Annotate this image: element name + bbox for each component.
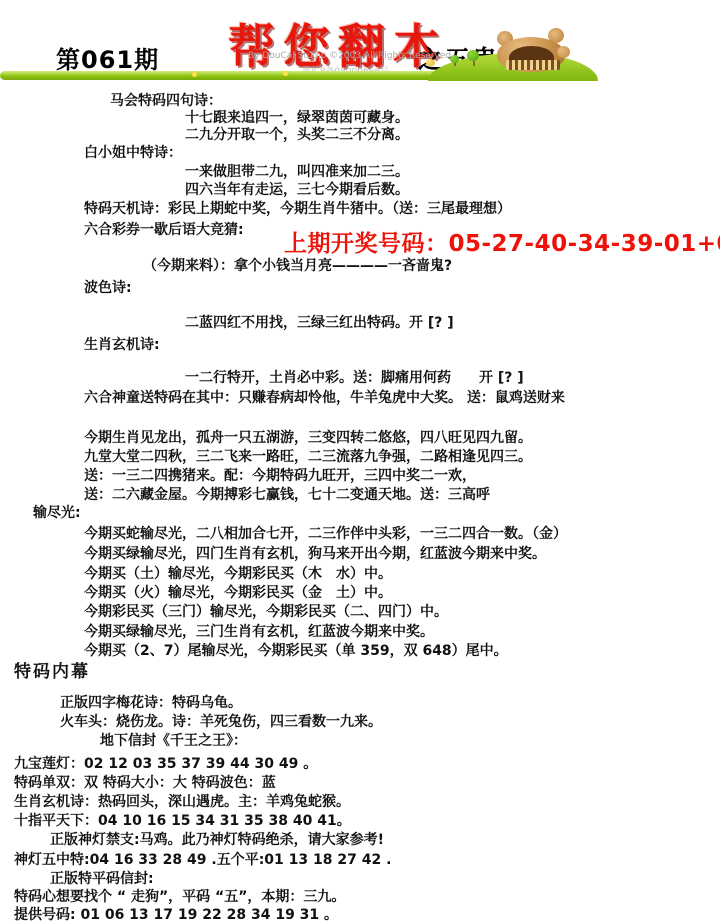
- neimu-line: 生肖玄机诗：热码回头，深山遇虎。主：羊鸡兔蛇猴。: [14, 794, 350, 810]
- neimu-line: 特码心想要找个 “ 走狗”，平码 “五”，本期：三九。: [14, 889, 345, 905]
- neimu-line: 正版四字梅花诗：特码乌龟。: [60, 695, 242, 711]
- bear-fence-icon: [506, 60, 560, 70]
- zodiac-poem-line: 送：二六藏金屋。今期搏彩七赢钱，七十二变通天地。送：三高呼: [84, 487, 490, 503]
- neimu-line: 火车头：烧伤龙。诗：羊死兔伤，四三看数一九来。: [60, 714, 382, 730]
- flower-dot: [192, 72, 197, 77]
- previous-draw-numbers: 上期开奖号码：05-27-40-34-39-01+09: [284, 225, 720, 258]
- bose-poem-line: 二蓝四红不用找，三绿三红出特码。开 [? ]: [185, 315, 454, 331]
- shujinguang-line: 今期彩民买（三门）输尽光，今期彩民买（二、四门）中。: [84, 604, 448, 620]
- neimu-line: 特码单双：双 特码大小：大 特码波色：蓝: [14, 775, 276, 791]
- tianji-poem-line: 特码天机诗：彩民上期蛇中奖，今期生肖牛猪中。（送：三尾最理想）: [84, 201, 511, 217]
- shujinguang-line: 今期买（土）输尽光，今期彩民买（木 水）中。: [84, 566, 392, 582]
- neimu-line: 神灯五中特:04 16 33 28 49 .五个平:01 13 18 27 42…: [14, 852, 391, 868]
- neimu-heading: 特码内幕: [14, 664, 90, 680]
- shujinguang-line: 今期买（火）输尽光，今期彩民买（金 土）中。: [84, 585, 392, 601]
- watermark-copyright: By DouCai Studio ©2003 All Rights Reserv…: [248, 51, 451, 61]
- tree-icon: [450, 55, 459, 63]
- bose-poem-title: 波色诗:: [84, 280, 132, 296]
- shentong-line: 六合神童送特码在其中：只赚春病却怜他，牛羊兔虎中大奖。 送：鼠鸡送财来: [84, 390, 565, 406]
- zodiac-poem-line: 今期生肖见龙出，孤舟一只五湖游，三变四转二悠悠，四八旺见四九留。: [84, 430, 532, 446]
- shengxiao-poem-title: 生肖玄机诗:: [84, 337, 160, 353]
- mahui-poem-title: 马会特码四句诗：: [110, 93, 222, 109]
- riddle-clue: （今期来料）：拿个小钱当月亮————一吝啬鬼?: [143, 258, 452, 274]
- shujinguang-line: 今期买绿输尽光，三门生肖有玄机，红蓝波今期来中奖。: [84, 624, 434, 640]
- tree-icon: [467, 50, 479, 61]
- baixiaojie-poem-title: 白小姐中特诗：: [84, 145, 182, 161]
- baixiaojie-poem-line: 四六当年有走运，三七今期看后数。: [185, 182, 409, 198]
- shujinguang-line: 今期买蛇输尽光，二八相加合七开，二三作伴中头彩，一三二四合一数。（金）: [84, 526, 567, 542]
- mahui-poem-line: 二九分开取一个，头奖二三不分离。: [185, 127, 409, 143]
- shujinguang-line: 今期买绿输尽光，四门生肖有玄机，狗马来开出今期，红蓝波今期来中奖。: [84, 546, 546, 562]
- mahui-poem-line: 十七跟来追四一，绿翠茵茵可藏身。: [185, 110, 409, 126]
- riddle-title: 六合彩券一歇后语大竞猜:: [84, 222, 244, 238]
- neimu-line: 正版特平码信封:: [50, 871, 154, 887]
- neimu-line: 九宝莲灯：02 12 03 35 37 39 44 30 49 。: [14, 756, 317, 772]
- flower-dot: [283, 71, 288, 76]
- neimu-line: 提供号码: 01 06 13 17 19 22 28 34 19 31 。: [14, 907, 338, 923]
- shujinguang-line: 今期买（2、7）尾输尽光，今期彩民买（单 359，双 648）尾中。: [84, 643, 508, 659]
- tip-sheet-page: 第061期 帮您翻本 之五鬼 By DouCai Studio ©2003 Al…: [0, 0, 720, 923]
- duck-icon: [426, 59, 435, 66]
- shengxiao-poem-line: 一二行特开，土肖必中彩。送：脚痛用何药 开 [? ]: [185, 370, 524, 386]
- neimu-line: 正版神灯禁支:马鸡。此乃神灯特码绝杀，请大家参考!: [50, 832, 384, 848]
- issue-number: 第061期: [56, 40, 159, 75]
- zodiac-poem-line: 送：一三二四携猪来。配：今期特码九旺开，三四中奖二一欢，: [84, 468, 476, 484]
- shujinguang-label: 输尽光:: [33, 505, 81, 521]
- baixiaojie-poem-line: 一来做胆带二九，叫四准来加二三。: [185, 164, 409, 180]
- neimu-line: 十指平天下：04 10 16 15 34 31 35 38 40 41。: [14, 813, 351, 829]
- neimu-line: 地下信封《千王之王》：: [100, 733, 247, 749]
- zodiac-poem-line: 九堂大堂二四秋，三二飞来一路旺，二三流落九争强，二路相逢见四三。: [84, 449, 532, 465]
- bear-paw-icon: [557, 46, 570, 58]
